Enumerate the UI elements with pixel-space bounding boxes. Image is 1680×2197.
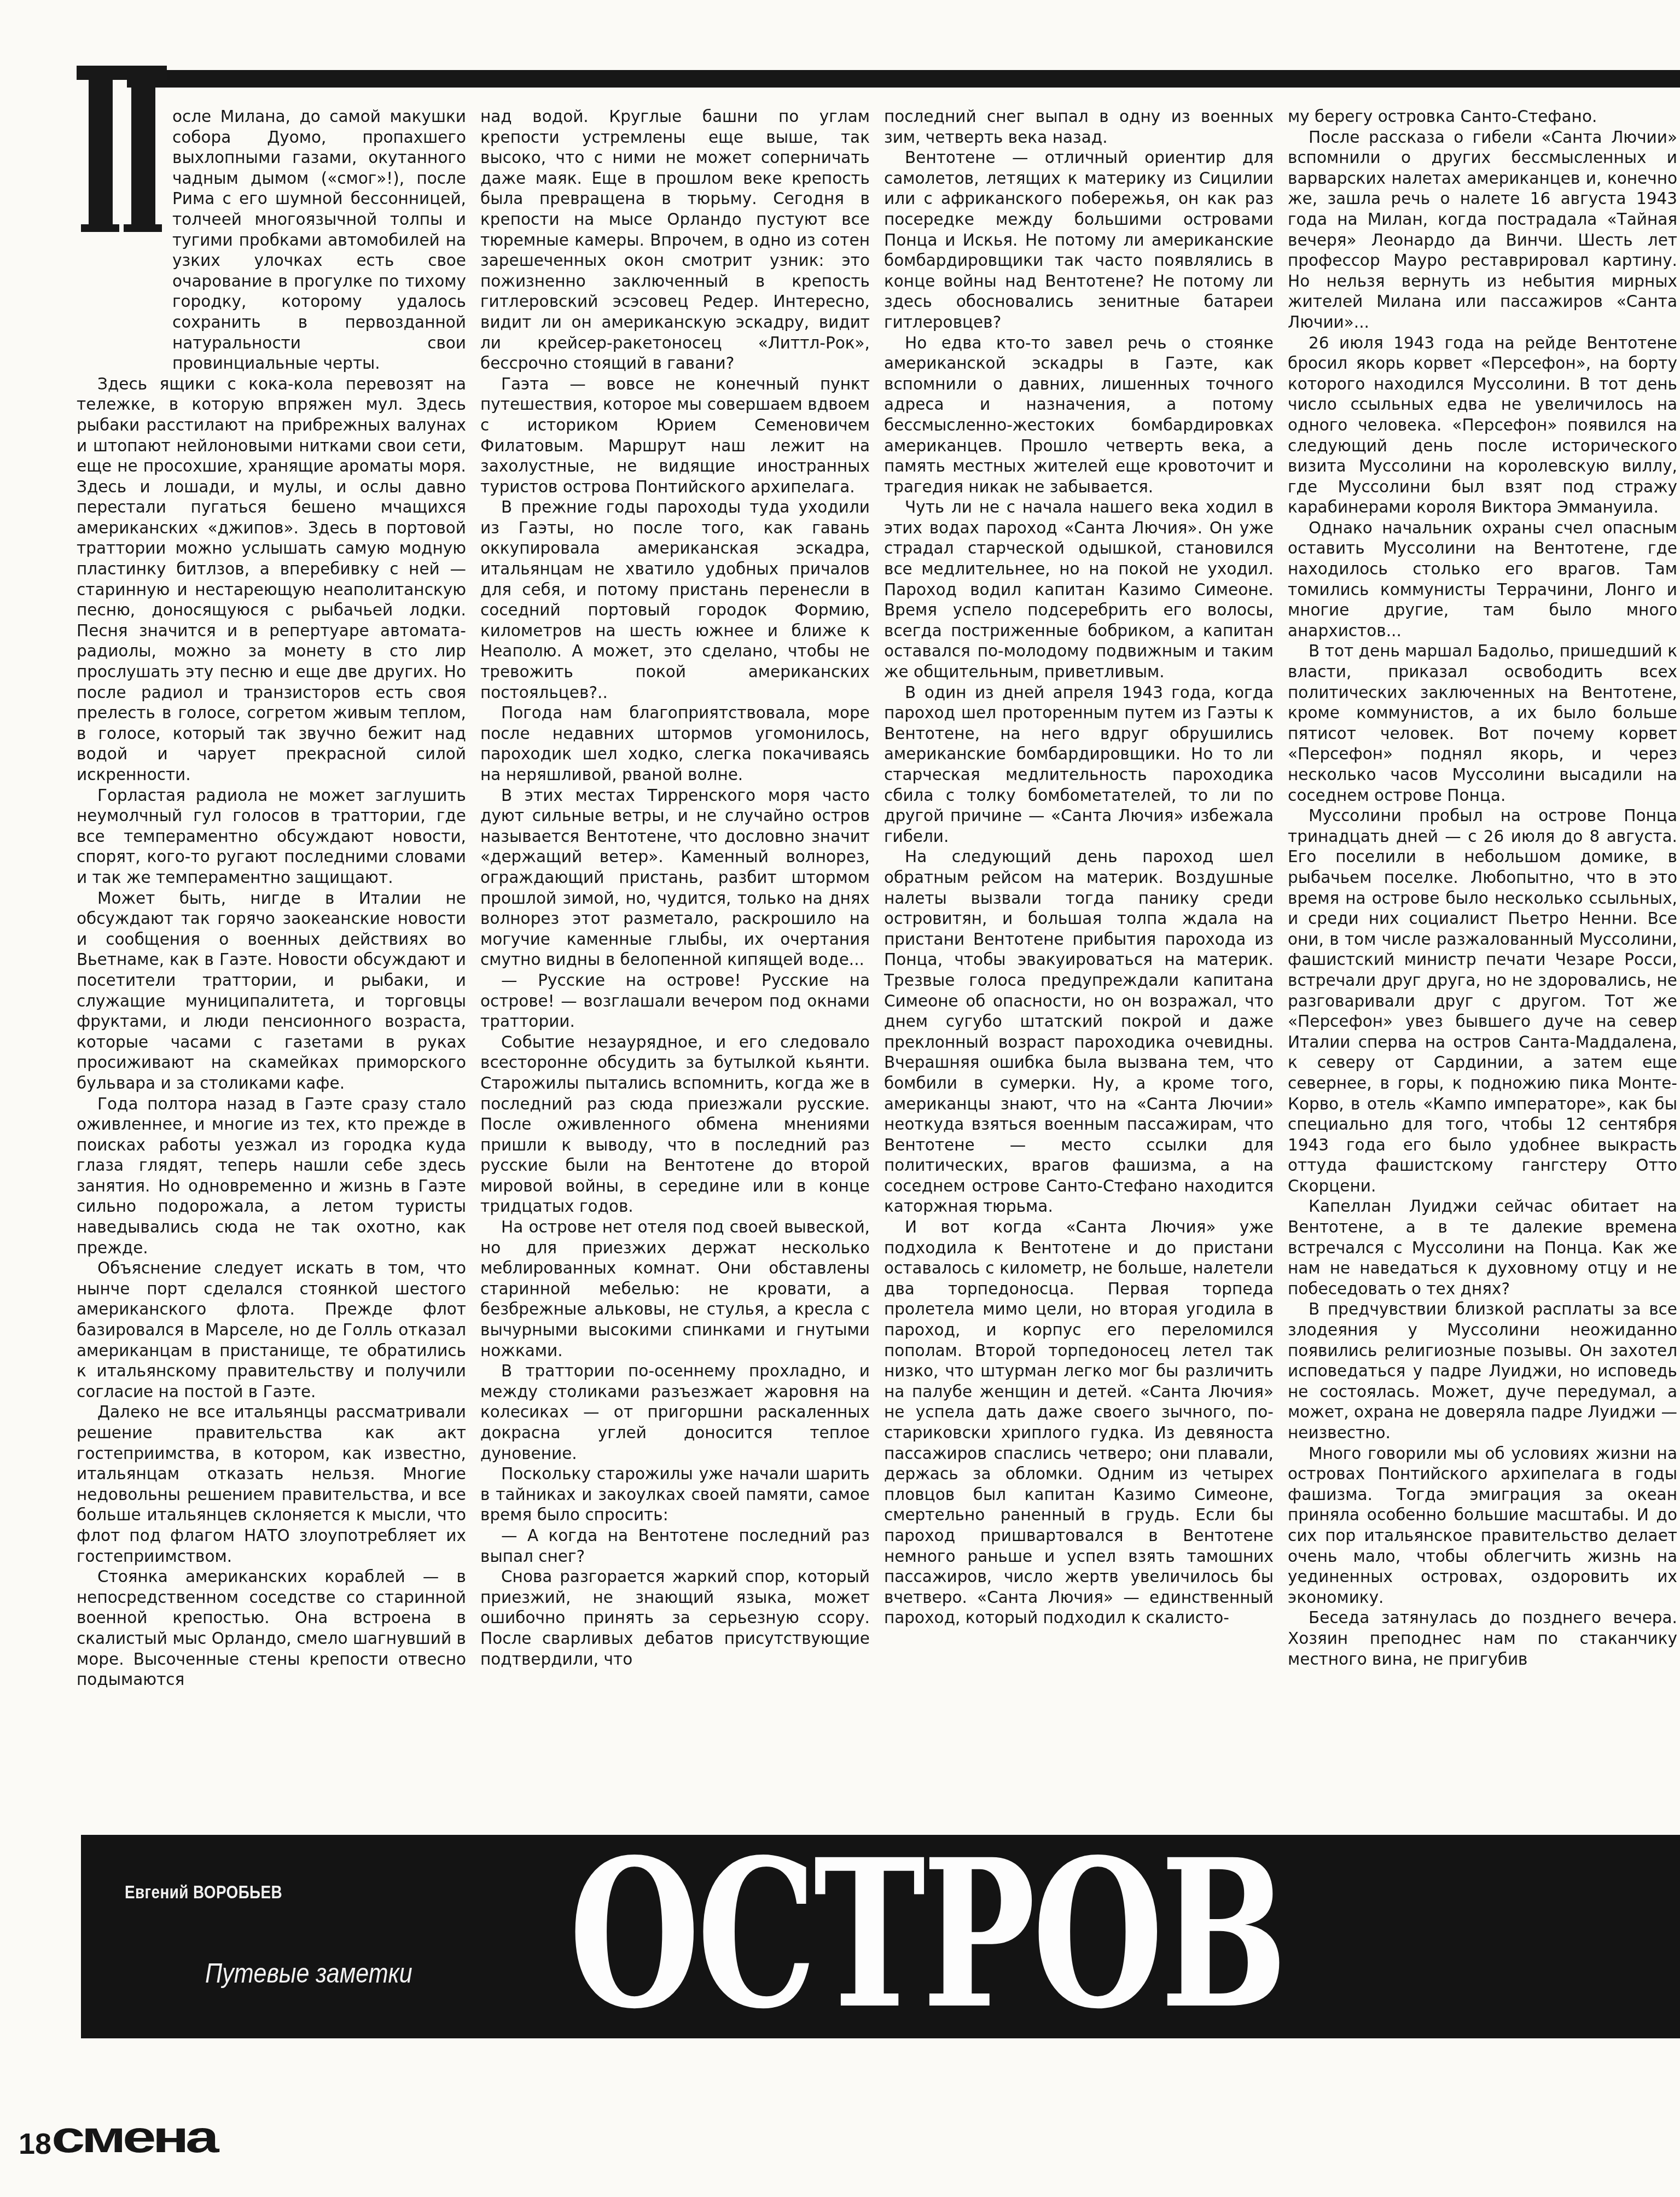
article-paragraph: Стоянка американских кораблей — в непоср… [77, 1567, 466, 1690]
article-paragraph: Погода нам благоприятствовала, море посл… [480, 703, 870, 785]
article-paragraph: В один из дней апреля 1943 года, когда п… [884, 683, 1274, 847]
article-paragraph: осле Милана, до самой макушки собора Дуо… [77, 107, 466, 374]
article-paragraph: над водой. Круглые башни по углам крепос… [480, 107, 870, 374]
article-column-4: му берегу островка Санто-Стефано. После … [1288, 107, 1677, 1830]
magazine-logo: смена [51, 2112, 216, 2163]
article-paragraph: В этих местах Тирренского моря часто дую… [480, 786, 870, 970]
article-paragraph: 26 июля 1943 года на рейде Вентотене бро… [1288, 333, 1677, 518]
article-paragraph: — Русские на острове! Русские на острове… [480, 970, 870, 1032]
article-paragraph: Событие незаурядное, и его следовало все… [480, 1032, 870, 1217]
article-paragraph: Объяснение следует искать в том, что нын… [77, 1258, 466, 1402]
article-paragraph: му берегу островка Санто-Стефано. [1288, 107, 1677, 127]
article-paragraph: После рассказа о гибели «Санта Лючии» вс… [1288, 127, 1677, 333]
article-paragraph: И вот когда «Санта Лючия» уже подходила … [884, 1217, 1274, 1629]
article-paragraph: В тот день маршал Бадольо, пришедший к в… [1288, 641, 1677, 806]
article-paragraph: последний снег выпал в одну из военных з… [884, 107, 1274, 148]
article-paragraph: Капеллан Луиджи сейчас обитает на Вентот… [1288, 1196, 1677, 1299]
article-paragraph: Может быть, нигде в Италии не обсуждают … [77, 888, 466, 1094]
article-paragraph: Чуть ли не с начала нашего века ходил в … [884, 497, 1274, 682]
article-paragraph: На следующий день пароход шел обратным р… [884, 847, 1274, 1217]
article-paragraph: Далеко не все итальянцы рассматривали ре… [77, 1402, 466, 1567]
article-paragraph: Много говорили мы об условиях жизни на о… [1288, 1444, 1677, 1608]
article-column-2: над водой. Круглые башни по углам крепос… [480, 107, 870, 1830]
article-paragraph: Муссолини пробыл на острове Понца тринад… [1288, 806, 1677, 1196]
article-paragraph: Беседа затянулась до позднего вечера. Хо… [1288, 1608, 1677, 1670]
article-title: ОСТРОВ [569, 1833, 1284, 2036]
article-paragraph: Снова разгорается жаркий спор, который п… [480, 1567, 870, 1670]
article-subtitle: Путевые заметки [205, 1957, 412, 1989]
article-paragraph: Но едва кто-то завел речь о стоянке амер… [884, 333, 1274, 498]
header-rule [127, 70, 1680, 88]
article-column-1: осле Милана, до самой макушки собора Дуо… [77, 107, 466, 1830]
author-name: Евгений ВОРОБЬЕВ [125, 1882, 282, 1903]
article-paragraph: В предчувствии близкой расплаты за все з… [1288, 1299, 1677, 1443]
article-paragraph: Поскольку старожилы уже начали шарить в … [480, 1464, 870, 1526]
article-column-3: последний снег выпал в одну из военных з… [884, 107, 1274, 1830]
article-paragraph: Года полтора назад в Гаэте сразу стало о… [77, 1094, 466, 1259]
article-paragraph: Вентотене — отличный ориентир для самоле… [884, 148, 1274, 333]
article-paragraph: Гаэта — вовсе не конечный пункт путешест… [480, 374, 870, 498]
article-paragraph: Здесь ящики с кока-кола перевозят на тел… [77, 374, 466, 786]
page-number: 18 [19, 2127, 51, 2161]
article-paragraph: В траттории по-осеннему прохладно, и меж… [480, 1361, 870, 1464]
article-paragraph: Горластая радиола не может заглушить неу… [77, 786, 466, 888]
article-paragraph: Однако начальник охраны счел опасным ост… [1288, 518, 1677, 642]
article-paragraph: — А когда на Вентотене последний раз вып… [480, 1526, 870, 1567]
article-paragraph: На острове нет отеля под своей вывеской,… [480, 1217, 870, 1361]
article-body: осле Милана, до самой макушки собора Дуо… [77, 107, 1663, 1830]
article-paragraph: В прежние годы пароходы туда уходили из … [480, 497, 870, 703]
